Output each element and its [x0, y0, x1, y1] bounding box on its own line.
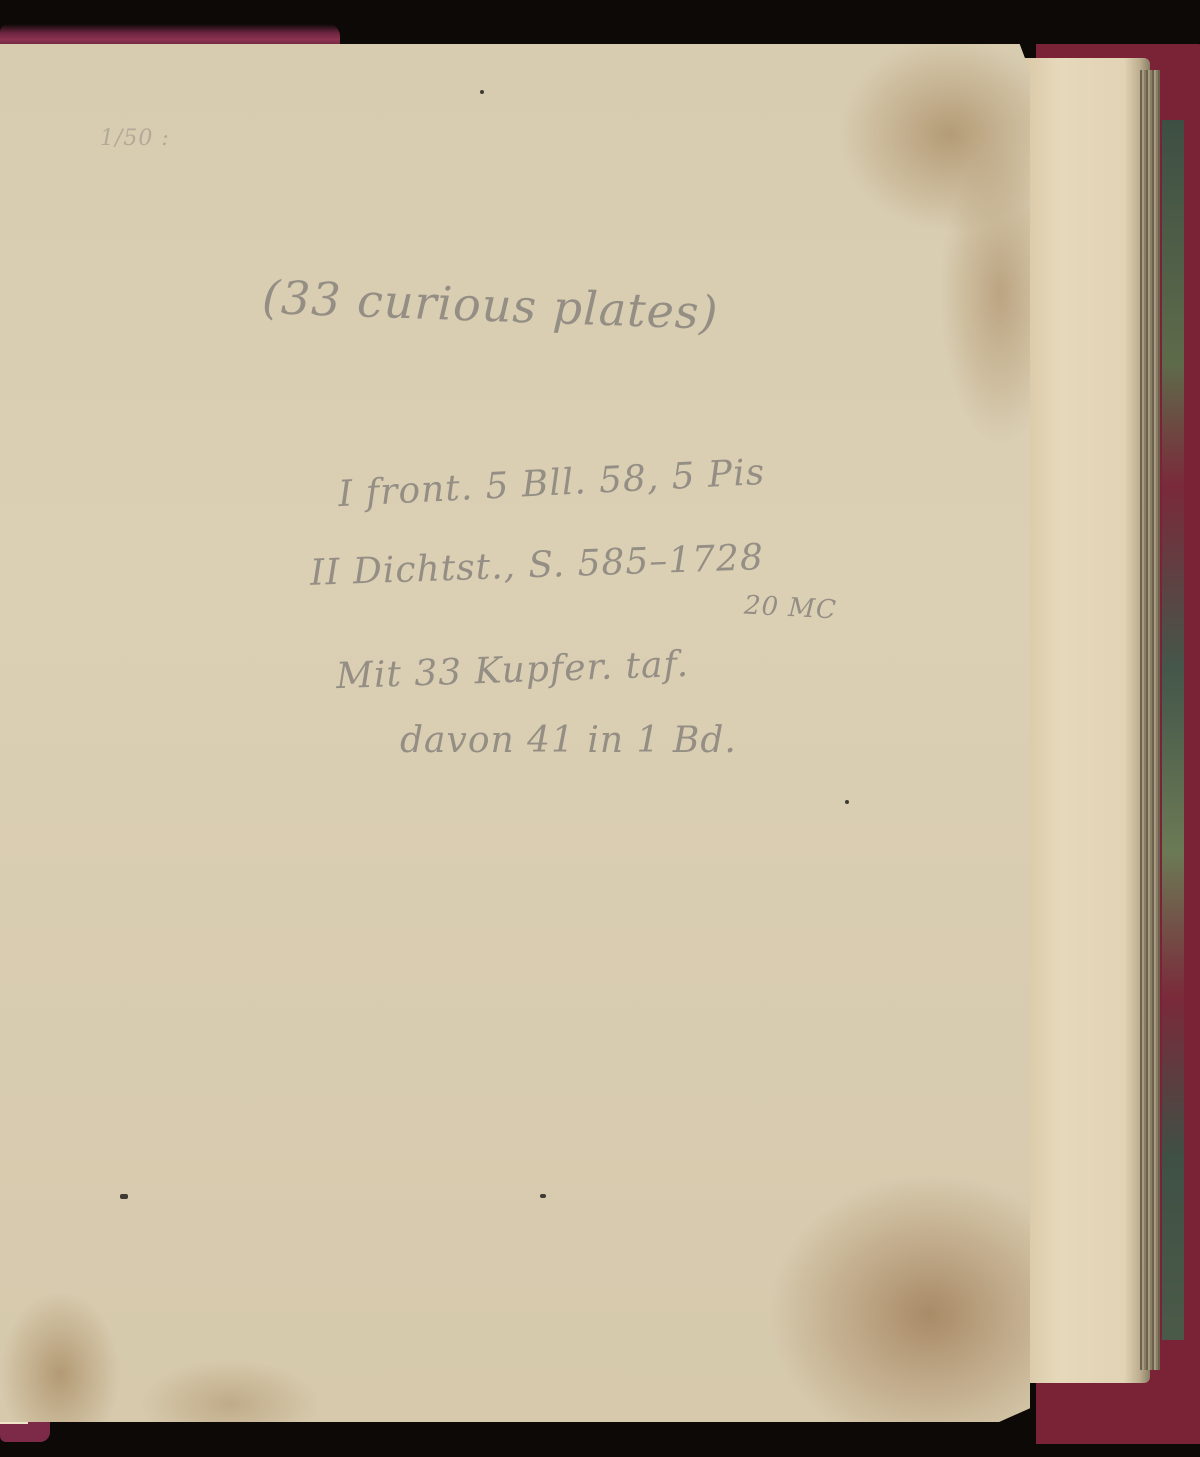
paper-speck — [845, 800, 849, 804]
marbled-endpaper-edge — [1162, 120, 1184, 1340]
note-margin-price: 20 MC — [743, 591, 837, 626]
underlying-page — [1020, 58, 1150, 1383]
paper-speck — [480, 90, 484, 94]
note-line-4: davon 41 in 1 Bd. — [400, 720, 737, 761]
paper-speck — [120, 1194, 128, 1199]
shelf-mark-note: 1/50 : — [100, 126, 170, 151]
page-stack-edge — [1140, 70, 1160, 1370]
paper-speck — [540, 1194, 546, 1198]
